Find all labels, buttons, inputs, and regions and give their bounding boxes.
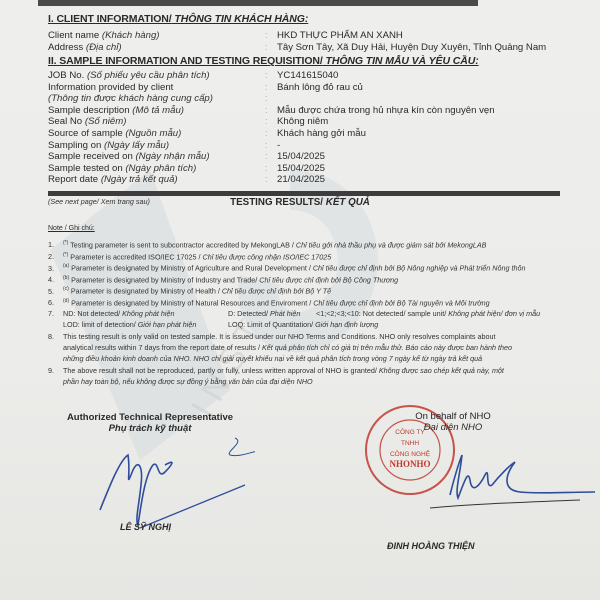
- note-item: 1.(*) Testing parameter is sent to subco…: [48, 239, 486, 249]
- section-client-title: I. CLIENT INFORMATION/ THÔNG TIN KHÁCH H…: [48, 13, 308, 25]
- nho-rep-title: On behalf of NHO: [388, 411, 518, 422]
- client-row-value: HKD THỰC PHẨM AN XANH: [277, 30, 403, 41]
- field-colon: :: [265, 116, 268, 126]
- field-colon: :: [265, 42, 268, 52]
- note-7-loq: LOQ: Limit of Quantitation/ Giới hạn địn…: [228, 320, 378, 329]
- sample-row-label: Sample received on (Ngày nhận mẫu): [48, 151, 210, 162]
- section-sample-title: II. SAMPLE INFORMATION AND TESTING REQUI…: [48, 55, 479, 67]
- nho-rep-name: ĐINH HOÀNG THIỆN: [387, 541, 475, 551]
- note-item: 2.(*) Parameter is accredited ISO/IEC 17…: [48, 251, 331, 261]
- sample-row-label: Sample tested on (Ngày phân tích): [48, 163, 196, 174]
- sample-row-value: Không niêm: [277, 116, 328, 127]
- note-7-lt: <1;<2;<3;<10: Not detected/ sample unit/…: [316, 309, 540, 318]
- field-colon: :: [265, 140, 268, 150]
- note-item: 6.(d) Parameter is designated by Ministr…: [48, 297, 490, 307]
- sample-row-label: (Thông tin được khách hàng cung cấp): [48, 93, 213, 104]
- sample-row-value: 21/04/2025: [277, 174, 325, 185]
- sample-row-value: -: [277, 140, 280, 151]
- technical-rep-signature: [95, 430, 255, 530]
- field-colon: :: [265, 30, 268, 40]
- note-9: 9.The above result shall not be reproduc…: [48, 366, 504, 375]
- technical-rep-name: LÊ SỸ NGHỊ: [120, 522, 171, 532]
- field-colon: :: [265, 128, 268, 138]
- field-colon: :: [265, 70, 268, 80]
- svg-text:CÔNG NGHỆ: CÔNG NGHỆ: [390, 449, 431, 458]
- note-7-detected: D: Detected/ Phát hiện: [228, 309, 300, 318]
- note-8: 8.This testing result is only valid on t…: [48, 332, 496, 341]
- field-colon: :: [265, 105, 268, 115]
- nho-rep-subtitle: Đại diện NHO: [388, 422, 518, 433]
- notes-title: Note / Ghi chú:: [48, 225, 95, 232]
- sample-row-label: Seal No (Số niêm): [48, 116, 126, 127]
- sample-row-label: Sampling on (Ngày lấy mẫu): [48, 140, 169, 151]
- svg-text:NHONHO: NHONHO: [389, 459, 430, 469]
- sample-row-value: 15/04/2025: [277, 163, 325, 174]
- sample-row-label: Report date (Ngày trả kết quả): [48, 174, 178, 185]
- sample-row-value: YC141615040: [277, 70, 338, 81]
- note-item: 4.(b) Parameter is designated by Ministr…: [48, 274, 398, 284]
- nho-rep-block: On behalf of NHO Đại diện NHO: [388, 411, 518, 433]
- svg-text:TNHH: TNHH: [401, 440, 419, 447]
- sample-row-value: Khách hàng gởi mẫu: [277, 128, 366, 139]
- sample-row-value: Mẫu được chứa trong hủ nhựa kín còn nguy…: [277, 105, 495, 116]
- note-8-line2: analytical results within 7 days from th…: [63, 343, 512, 352]
- field-colon: :: [265, 163, 268, 173]
- field-colon: :: [265, 151, 268, 161]
- note-8-line3: những điều khoản kinh doanh của NHO. NHO…: [63, 354, 482, 363]
- sample-row-value: Bánh lông đỏ rau củ: [277, 82, 363, 93]
- note-7: 7.ND: Not detected/ Không phát hiện: [48, 309, 174, 318]
- client-row-value: Tây Sơn Tây, Xã Duy Hải, Huyện Duy Xuyên…: [277, 42, 546, 53]
- field-colon: :: [265, 93, 268, 103]
- field-colon: :: [265, 174, 268, 184]
- report-page: I N S T I. CLIENT INFORMATION/ THÔNG TIN…: [0, 0, 600, 600]
- note-9-line2: phần hay toàn bộ, nếu không được sự đồng…: [63, 377, 313, 386]
- sample-row-label: Sample description (Mô tả mẫu): [48, 105, 184, 116]
- note-item: 5.(c) Parameter is designated by Ministr…: [48, 285, 331, 295]
- note-item: 3.(a) Parameter is designated by Ministr…: [48, 262, 525, 272]
- top-rule: [38, 0, 478, 6]
- note-7-lod: LOD: limit of detection/ Giới hạn phát h…: [63, 320, 196, 329]
- results-rule: [48, 191, 560, 196]
- sample-row-label: Source of sample (Nguồn mẫu): [48, 128, 181, 139]
- technical-rep-title: Authorized Technical Representative: [55, 412, 245, 423]
- testing-results-heading: TESTING RESULTS/ KẾT QUẢ (See next page/…: [0, 197, 600, 208]
- sample-row-value: 15/04/2025: [277, 151, 325, 162]
- client-row-label: Address (Địa chỉ): [48, 42, 122, 53]
- client-row-label: Client name (Khách hàng): [48, 30, 159, 41]
- sample-row-label: Information provided by client: [48, 82, 173, 93]
- field-colon: :: [265, 82, 268, 92]
- sample-row-label: JOB No. (Số phiếu yêu cầu phân tích): [48, 70, 210, 81]
- nho-rep-signature: [430, 450, 600, 510]
